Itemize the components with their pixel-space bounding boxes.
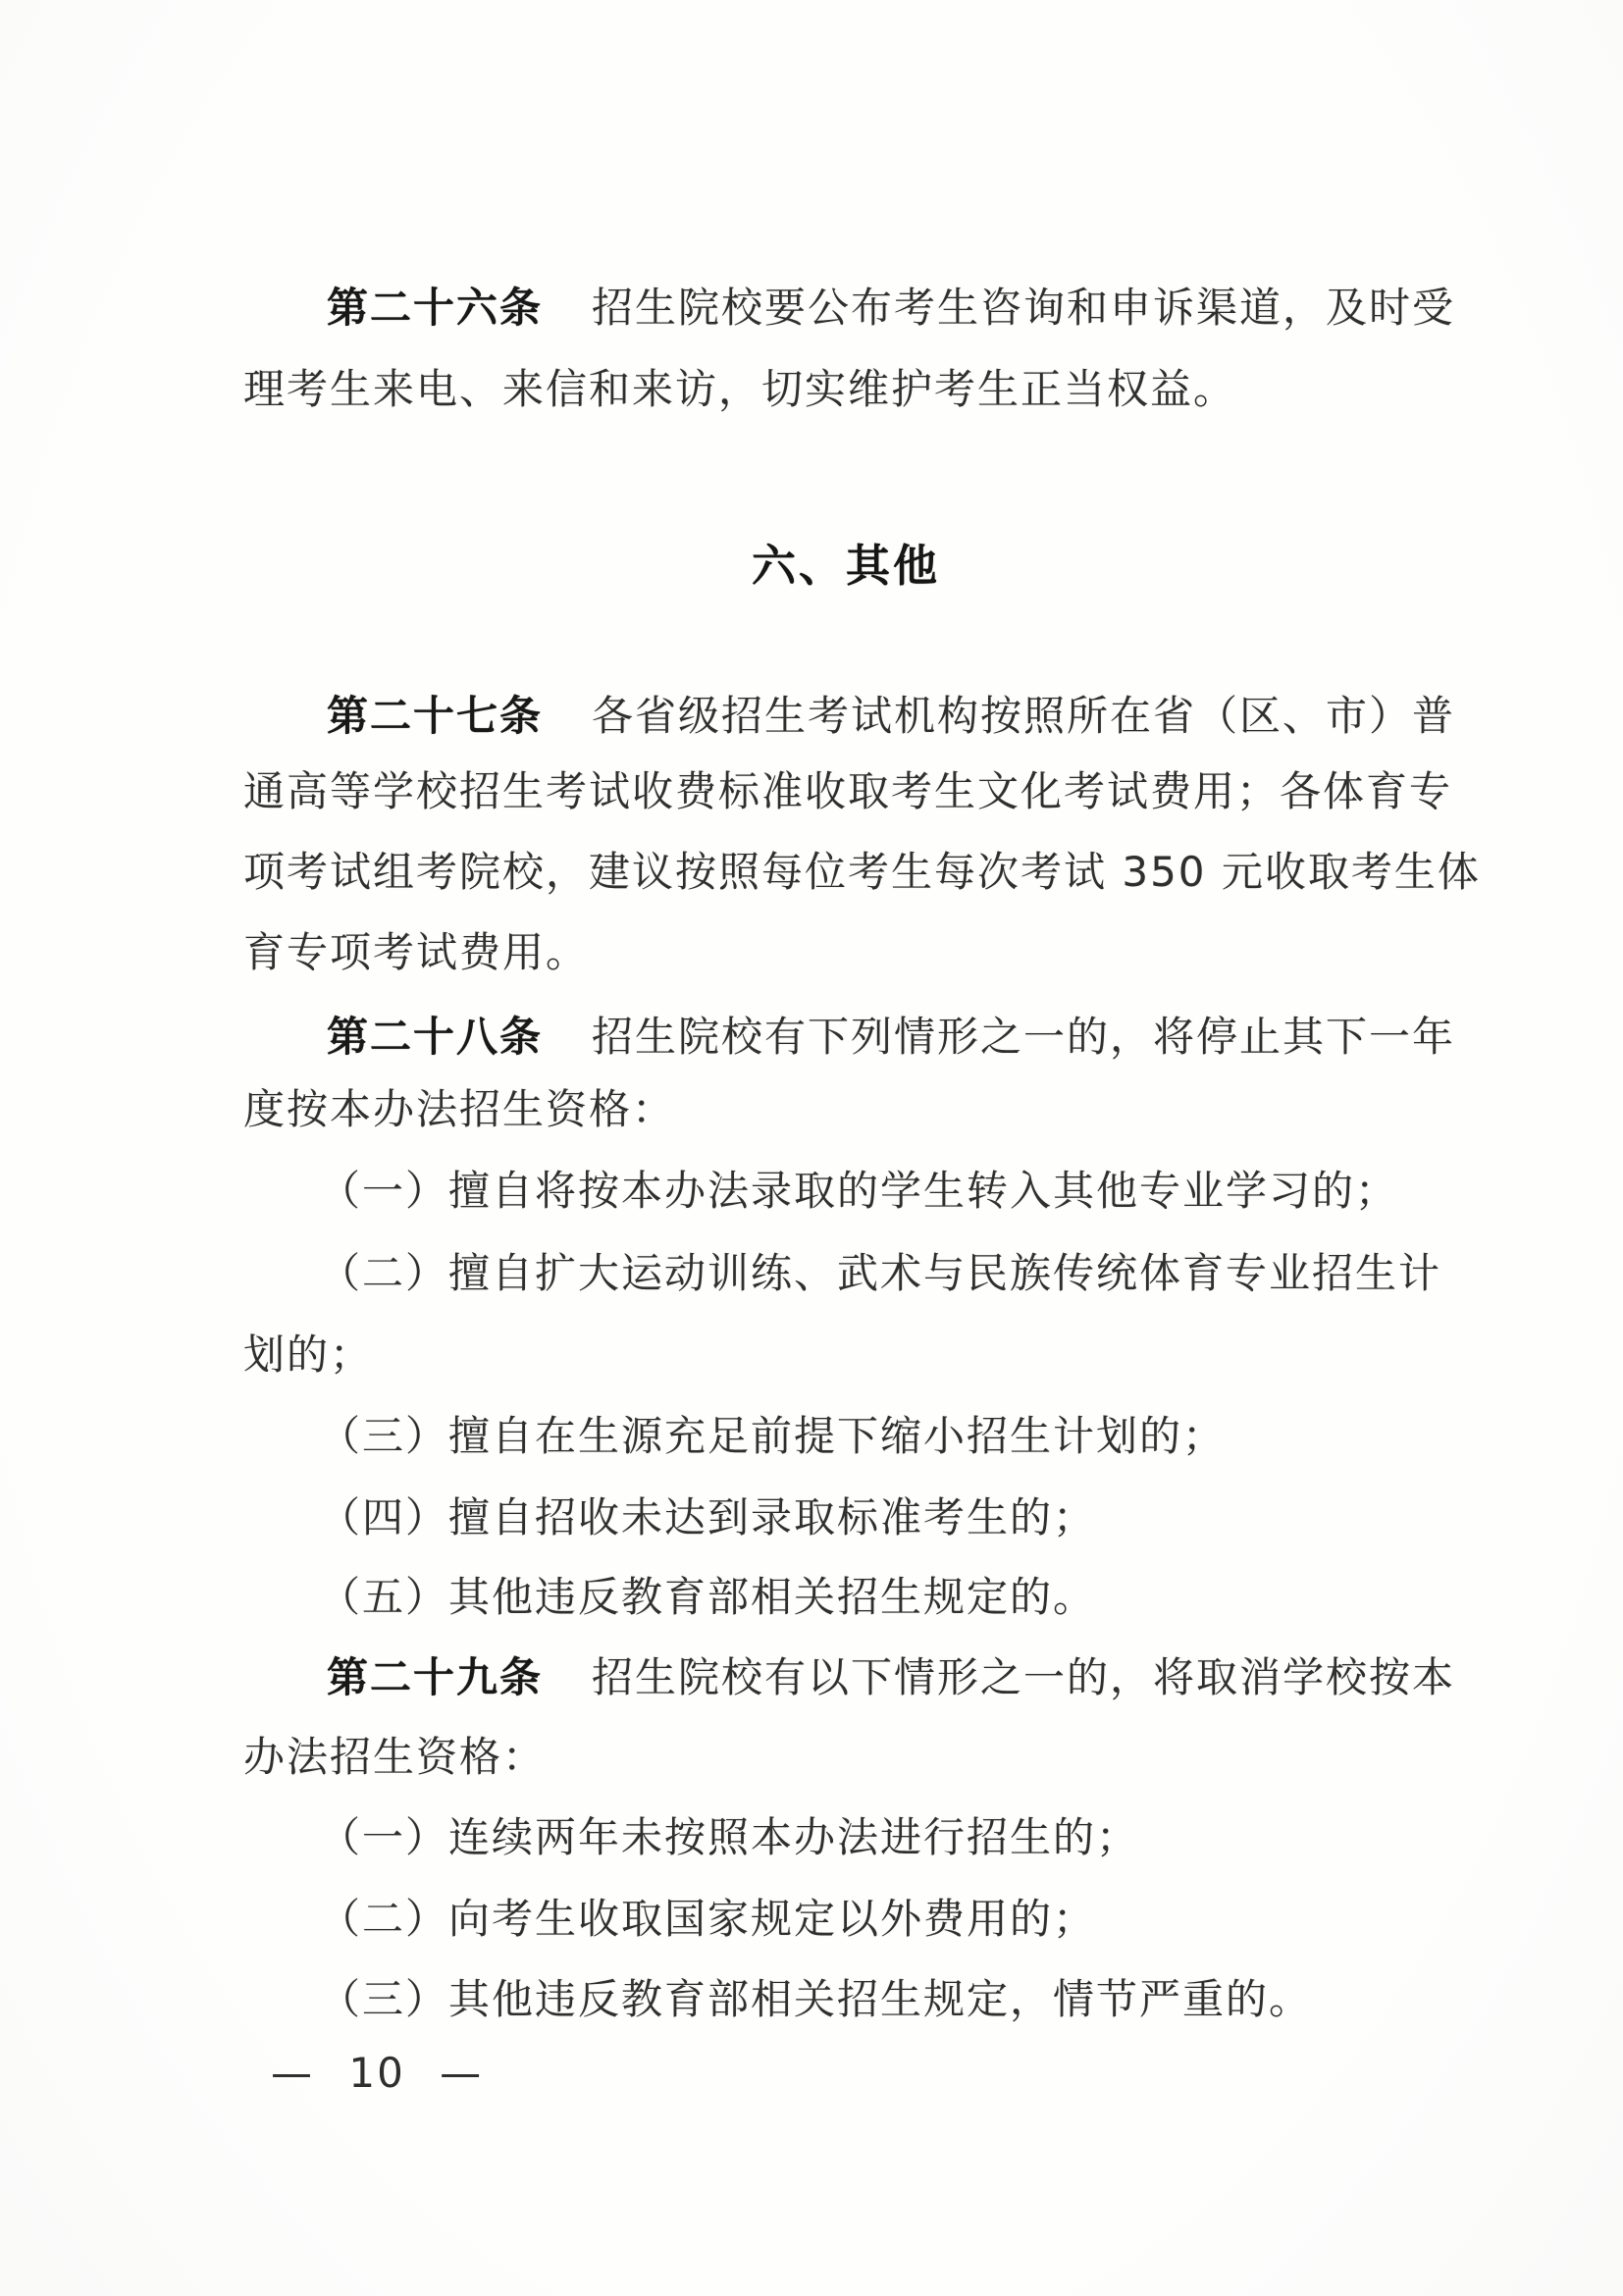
text-line: 第二十八条招生院校有下列情形之一的，将停止其下一年 <box>327 1015 1455 1059</box>
text-line: 第二十九条招生院校有以下情形之一的，将取消学校按本 <box>327 1655 1455 1699</box>
article-number: 第二十八条 <box>327 1013 543 1061</box>
line-text: （四）擅自招收未达到录取标准考生的； <box>319 1493 1096 1541</box>
text-line: 办法招生资格： <box>243 1735 546 1779</box>
line-text: （二）向考生收取国家规定以外费用的； <box>319 1895 1096 1943</box>
line-text: 项考试组考院校，建议按照每位考生每次考试 350 元收取考生体 <box>243 848 1481 896</box>
line-text: 划的； <box>243 1331 373 1379</box>
line-text: 各省级招生考试机构按照所在省（区、市）普 <box>592 692 1455 740</box>
text-line: （一）连续两年未按照本办法进行招生的； <box>319 1815 1139 1859</box>
line-text: 育专项考试费用。 <box>243 928 589 976</box>
line-text: 办法招生资格： <box>243 1733 546 1781</box>
scanned-document-page: 六、其他 第二十六条招生院校要公布考生咨询和申诉渠道，及时受理考生来电、来信和来… <box>0 0 1623 2296</box>
line-text: （一）连续两年未按照本办法进行招生的； <box>319 1813 1139 1861</box>
text-line: （五）其他违反教育部相关招生规定的。 <box>319 1575 1096 1619</box>
text-line: 度按本办法招生资格： <box>243 1087 675 1131</box>
text-line: （二）向考生收取国家规定以外费用的； <box>319 1897 1096 1941</box>
article-number: 第二十九条 <box>327 1653 543 1701</box>
line-text: 度按本办法招生资格： <box>243 1085 675 1133</box>
text-line: （二）擅自扩大运动训练、武术与民族传统体育专业招生计 <box>319 1251 1441 1295</box>
line-text: （三）擅自在生源充足前提下缩小招生计划的； <box>319 1412 1226 1460</box>
article-number: 第二十七条 <box>327 692 543 740</box>
text-line: 通高等学校招生考试收费标准收取考生文化考试费用；各体育专 <box>243 769 1452 813</box>
text-line: 第二十七条各省级招生考试机构按照所在省（区、市）普 <box>327 694 1455 738</box>
text-line: （三）擅自在生源充足前提下缩小招生计划的； <box>319 1414 1226 1458</box>
text-line: （三）其他违反教育部相关招生规定，情节严重的。 <box>319 1977 1312 2021</box>
line-text: 通高等学校招生考试收费标准收取考生文化考试费用；各体育专 <box>243 767 1452 815</box>
line-text: 招生院校有下列情形之一的，将停止其下一年 <box>592 1013 1455 1061</box>
line-text: （二）擅自扩大运动训练、武术与民族传统体育专业招生计 <box>319 1249 1441 1297</box>
section-heading: 六、其他 <box>752 530 940 594</box>
line-text: 理考生来电、来信和来访，切实维护考生正当权益。 <box>243 365 1236 413</box>
line-text: （三）其他违反教育部相关招生规定，情节严重的。 <box>319 1975 1312 2023</box>
text-line: 项考试组考院校，建议按照每位考生每次考试 350 元收取考生体 <box>243 850 1481 894</box>
text-line: （四）擅自招收未达到录取标准考生的； <box>319 1495 1096 1539</box>
line-text: （一）擅自将按本办法录取的学生转入其他专业学习的； <box>319 1167 1398 1215</box>
line-text: （五）其他违反教育部相关招生规定的。 <box>319 1573 1096 1621</box>
page-number: — 10 — <box>271 2049 483 2097</box>
text-line: 理考生来电、来信和来访，切实维护考生正当权益。 <box>243 367 1236 411</box>
article-number: 第二十六条 <box>327 284 543 332</box>
text-line: 划的； <box>243 1332 373 1377</box>
line-text: 招生院校要公布考生咨询和申诉渠道，及时受 <box>592 284 1455 332</box>
text-line: 育专项考试费用。 <box>243 930 589 974</box>
text-line: 第二十六条招生院校要公布考生咨询和申诉渠道，及时受 <box>327 286 1455 330</box>
line-text: 招生院校有以下情形之一的，将取消学校按本 <box>592 1653 1455 1701</box>
text-line: （一）擅自将按本办法录取的学生转入其他专业学习的； <box>319 1169 1398 1213</box>
